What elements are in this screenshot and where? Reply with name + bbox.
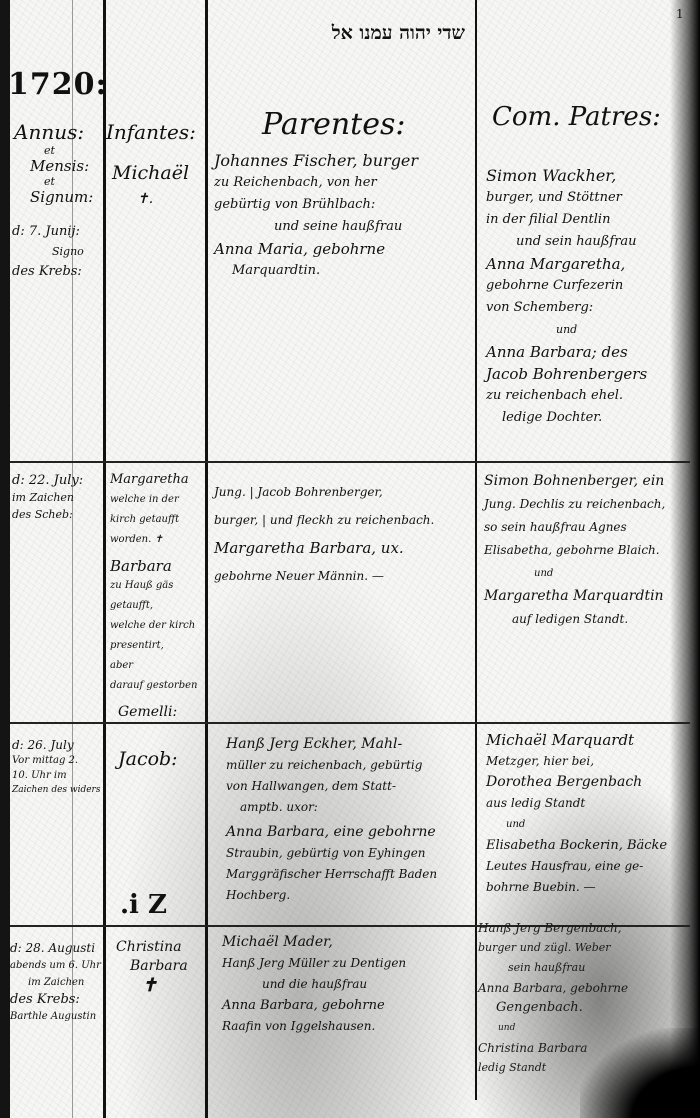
parents-line: Hanß Jerg Eckher, Mahl- bbox=[226, 734, 437, 755]
subheader-line: Signum: bbox=[30, 188, 93, 206]
godparents-line: Jung. Dechlis zu reichenbach, bbox=[484, 493, 665, 516]
parents-line: Hanß Jerg Müller zu Dentigen bbox=[222, 953, 406, 974]
entry-2-infants: Margaretha welche in der kirch getaufft … bbox=[110, 470, 197, 722]
infant-note: presentirt, bbox=[110, 636, 197, 656]
parents-line: amptb. uxor: bbox=[226, 797, 437, 818]
godparents-line: in der filial Dentlin bbox=[486, 209, 647, 231]
infant-note: kirch getaufft bbox=[110, 510, 197, 530]
parents-line: Jung. | Jacob Bohrenberger, bbox=[214, 478, 434, 506]
entry-3-infant: Jacob: bbox=[118, 748, 178, 770]
entry-1-infant: Michaël ✝. bbox=[112, 160, 189, 212]
parents-line: Raafin von Iggelshausen. bbox=[222, 1016, 406, 1037]
date-line: im Zaichen bbox=[10, 974, 101, 991]
godparents-line: und bbox=[484, 562, 665, 585]
infant-note: aber bbox=[110, 656, 197, 676]
column-header-annus: Annus: bbox=[14, 122, 84, 142]
godparents-line: so sein haußfrau Agnes bbox=[484, 516, 665, 539]
godparents-line: Dorothea Bergenbach bbox=[486, 772, 667, 793]
date-line: 10. Uhr im bbox=[12, 768, 100, 783]
godparents-line: Elisabetha Bockerin, Bäcke bbox=[486, 835, 667, 856]
parents-line: Anna Barbara, eine gebohrne bbox=[226, 822, 437, 843]
infant-name: Jacob: bbox=[118, 748, 178, 770]
entry-4-godparents: Hanß Jerg Bergenbach, burger und zügl. W… bbox=[478, 918, 628, 1078]
parents-line: Marggräfischer Herrschafft Baden bbox=[226, 864, 437, 885]
deceased-mark: ✝. bbox=[112, 186, 189, 212]
parents-line: zu Reichenbach, von her bbox=[214, 172, 418, 194]
infant-note: darauf gestorben bbox=[110, 676, 197, 696]
marginal-numeral: .i Z bbox=[120, 890, 167, 920]
infant-note: welche in der bbox=[110, 490, 197, 510]
date-line: Barthle Augustin bbox=[10, 1008, 101, 1025]
infant-note: worden. ✝ bbox=[110, 530, 197, 550]
infant-note: getaufft, bbox=[110, 596, 197, 616]
godparents-line: Anna Margaretha, bbox=[486, 253, 647, 275]
entry-2-godparents: Simon Bohnenberger, ein Jung. Dechlis zu… bbox=[484, 470, 665, 631]
godparents-line: bohrne Buebin. — bbox=[486, 877, 667, 898]
subheader-line: Mensis: bbox=[30, 157, 93, 175]
parents-line: und seine haußfrau bbox=[214, 216, 418, 238]
infant-name: Barbara bbox=[110, 556, 197, 576]
subheader-line: et bbox=[30, 175, 93, 188]
parents-line: müller zu reichenbach, gebürtig bbox=[226, 755, 437, 776]
page-number: 1 bbox=[676, 8, 684, 20]
column-rule bbox=[475, 0, 477, 1100]
date-line: im Zaichen bbox=[12, 489, 83, 506]
infant-note: welche der kirch bbox=[110, 616, 197, 636]
infant-name: Christina bbox=[116, 938, 188, 957]
hebrew-invocation: שדי יהוה עמנו אל bbox=[215, 24, 465, 43]
godparents-line: Simon Bohnenberger, ein bbox=[484, 470, 665, 493]
entry-1-date: d: 7. Junij: Signo des Krebs: bbox=[12, 222, 84, 282]
entry-1-parents: Johannes Fischer, burger zu Reichenbach,… bbox=[214, 150, 418, 282]
godparents-line: Leutes Hausfrau, eine ge- bbox=[486, 856, 667, 877]
parents-line: Marquardtin. bbox=[214, 260, 418, 282]
date-line: des Krebs: bbox=[10, 991, 101, 1008]
entry-4-infant: Christina Barbara ✝ bbox=[116, 938, 188, 995]
entry-1-godparents: Simon Wackher, burger, und Stöttner in d… bbox=[486, 165, 647, 429]
godparents-line: sein haußfrau bbox=[478, 958, 628, 978]
date-line: des Scheb: bbox=[12, 506, 83, 523]
godparents-line: zu reichenbach ehel. bbox=[486, 385, 647, 407]
column-header-compatres: Com. Patres: bbox=[492, 104, 661, 130]
godparents-line: Christina Barbara bbox=[478, 1038, 628, 1058]
parents-line: gebürtig von Brühlbach: bbox=[214, 194, 418, 216]
parents-line: Anna Maria, gebohrne bbox=[214, 238, 418, 260]
godparents-line: gebohrne Curfezerin bbox=[486, 275, 647, 297]
godparents-line: Gengenbach. bbox=[478, 998, 628, 1018]
entry-4-date: d: 28. Augusti abends um 6. Uhr im Zaich… bbox=[10, 940, 101, 1025]
page-binding-shadow bbox=[0, 0, 10, 1118]
row-divider bbox=[10, 461, 690, 463]
godparents-line: Jacob Bohrenbergers bbox=[486, 363, 647, 385]
column-subheader-annus: et Mensis: et Signum: bbox=[30, 144, 93, 206]
entry-2-date: d: 22. July: im Zaichen des Scheb: bbox=[12, 472, 83, 523]
twins-note: Gemelli: bbox=[110, 702, 197, 722]
godparents-line: ledig Standt bbox=[478, 1058, 628, 1078]
godparents-line: Anna Barbara; des bbox=[486, 341, 647, 363]
column-header-parentes: Parentes: bbox=[262, 110, 405, 140]
godparents-line: Metzger, hier bei, bbox=[486, 751, 667, 772]
parents-line: Hochberg. bbox=[226, 885, 437, 906]
godparents-line: burger und zügl. Weber bbox=[478, 938, 628, 958]
godparents-line: Hanß Jerg Bergenbach, bbox=[478, 918, 628, 938]
entry-3-parents: Hanß Jerg Eckher, Mahl- müller zu reiche… bbox=[226, 734, 437, 906]
godparents-line: Michaël Marquardt bbox=[486, 730, 667, 751]
column-rule bbox=[205, 0, 208, 1118]
parents-line: von Hallwangen, dem Statt- bbox=[226, 776, 437, 797]
date-line: d: 7. Junij: bbox=[12, 222, 84, 242]
entry-3-godparents: Michaël Marquardt Metzger, hier bei, Dor… bbox=[486, 730, 667, 898]
date-line: d: 28. Augusti bbox=[10, 940, 101, 957]
infant-name: Michaël bbox=[112, 160, 189, 186]
infant-name: Barbara bbox=[116, 957, 188, 976]
godparents-line: Simon Wackher, bbox=[486, 165, 647, 187]
date-line: Zaichen des widers bbox=[12, 783, 100, 798]
godparents-line: und bbox=[486, 814, 667, 835]
subheader-line: et bbox=[30, 144, 93, 157]
date-line: des Krebs: bbox=[12, 262, 84, 282]
godparents-line: auf ledigen Standt. bbox=[484, 608, 665, 631]
parents-line: Margaretha Barbara, ux. bbox=[214, 534, 434, 562]
date-line: d: 22. July: bbox=[12, 472, 83, 489]
parents-line: Michaël Mader, bbox=[222, 932, 406, 953]
godparents-line: und bbox=[486, 319, 647, 341]
godparents-line: von Schemberg: bbox=[486, 297, 647, 319]
parents-line: burger, | und fleckh zu reichenbach. bbox=[214, 506, 434, 534]
date-line: d: 26. July bbox=[12, 738, 100, 753]
entry-2-parents: Jung. | Jacob Bohrenberger, burger, | un… bbox=[214, 478, 434, 590]
row-divider bbox=[10, 722, 690, 724]
entry-3-date: d: 26. July Vor mittag 2. 10. Uhr im Zai… bbox=[12, 738, 100, 798]
parents-line: Straubin, gebürtig von Eyhingen bbox=[226, 843, 437, 864]
column-header-infantes: Infantes: bbox=[106, 122, 196, 142]
godparents-line: und bbox=[478, 1018, 628, 1038]
godparents-line: Elisabetha, gebohrne Blaich. bbox=[484, 539, 665, 562]
godparents-line: aus ledig Standt bbox=[486, 793, 667, 814]
date-line: abends um 6. Uhr bbox=[10, 957, 101, 974]
date-line: Signo bbox=[12, 242, 84, 262]
godparents-line: Anna Barbara, gebohrne bbox=[478, 978, 628, 998]
deceased-mark: ✝ bbox=[116, 976, 188, 995]
parents-line: gebohrne Neuer Männin. — bbox=[214, 562, 434, 590]
infant-note: zu Hauß gäs bbox=[110, 576, 197, 596]
parents-line: Anna Barbara, gebohrne bbox=[222, 995, 406, 1016]
column-rule bbox=[103, 0, 106, 1118]
godparents-line: Margaretha Marquardtin bbox=[484, 585, 665, 608]
entry-4-parents: Michaël Mader, Hanß Jerg Müller zu Denti… bbox=[222, 932, 406, 1037]
parents-line: und die haußfrau bbox=[222, 974, 406, 995]
godparents-line: und sein haußfrau bbox=[486, 231, 647, 253]
page-edge-shadow bbox=[670, 0, 700, 1118]
date-line: Vor mittag 2. bbox=[12, 753, 100, 768]
register-page: שדי יהוה עמנו אל 1 1720: Annus: et Mensi… bbox=[0, 0, 700, 1118]
register-year: 1720: bbox=[8, 70, 108, 100]
godparents-line: burger, und Stöttner bbox=[486, 187, 647, 209]
godparents-line: ledige Dochter. bbox=[486, 407, 647, 429]
parents-line: Johannes Fischer, burger bbox=[214, 150, 418, 172]
infant-name: Margaretha bbox=[110, 470, 197, 490]
